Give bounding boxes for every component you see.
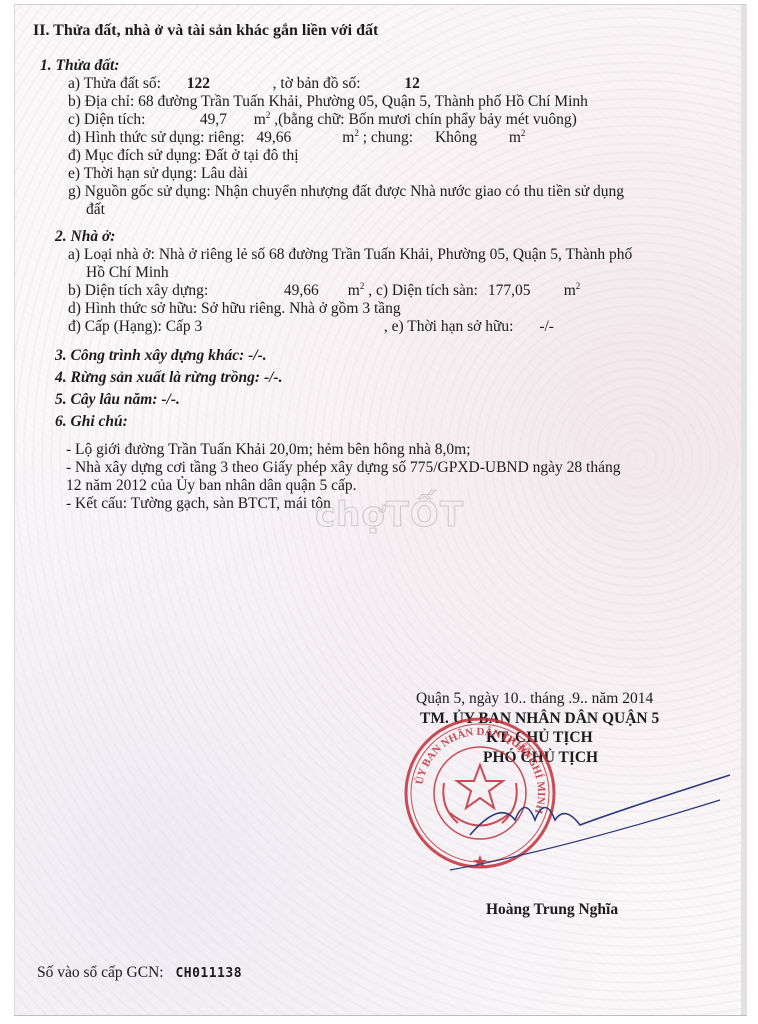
notes-heading: 6. Ghi chú: <box>55 413 128 431</box>
ownership-term-value: -/- <box>539 318 554 335</box>
land-use-form-row: d) Hình thức sử dụng: riêng: 49,66 m2 ; … <box>68 129 525 147</box>
map-sheet-label: , tờ bản đồ số: <box>273 75 361 92</box>
use-form-label: d) Hình thức sử dụng: riêng: <box>68 129 245 146</box>
floor-area-value: 177,05 <box>488 282 546 300</box>
land-area-row: c) Diện tích: 49,7 m2 ,(bằng chữ: Bốn mư… <box>68 111 577 129</box>
use-common-value: Không <box>435 129 505 147</box>
build-area-label: b) Diện tích xây dựng: <box>68 282 280 300</box>
registry-label: Số vào sổ cấp GCN: <box>37 964 164 981</box>
land-origin-line1: g) Nguồn gốc sử dụng: Nhận chuyển nhượng… <box>68 183 624 201</box>
land-parcel-row: a) Thửa đất số: 122 , tờ bản đồ số: 12 <box>68 75 420 93</box>
signer-name: Hoàng Trung Nghĩa <box>486 901 618 919</box>
section-title: II. Thửa đất, nhà ở và tài sản khác gắn … <box>33 22 378 40</box>
ownership-term-label: , e) Thời hạn sở hữu: <box>384 318 514 335</box>
parcel-label: a) Thửa đất số: <box>68 75 161 92</box>
area-label: c) Diện tích: <box>68 111 196 129</box>
house-type-line1: a) Loại nhà ở: Nhà ở riêng lẻ số 68 đườn… <box>68 246 632 264</box>
area-value: 49,7 <box>200 111 250 129</box>
floor-area-label: , c) Diện tích sàn: <box>368 282 478 299</box>
house-grade-row: đ) Cấp (Hạng): Cấp 3 , e) Thời hạn sở hữ… <box>68 318 554 336</box>
note-item: - Kết cấu: Tường gạch, sàn BTCT, mái tôn <box>66 495 331 513</box>
land-heading: 1. Thửa đất: <box>40 57 119 75</box>
registry-row: Số vào sổ cấp GCN: CH011138 <box>37 964 242 983</box>
signature-icon <box>440 765 740 875</box>
floor-area-unit: m2 <box>564 282 581 299</box>
land-origin-line2: đất <box>86 201 105 219</box>
build-area-unit: m2 <box>348 282 365 299</box>
area-words: ,(bằng chữ: Bốn mươi chín phẩy bảy mét v… <box>274 111 577 128</box>
land-use-term: e) Thời hạn sử dụng: Lâu dài <box>68 165 248 183</box>
house-type-line2: Hồ Chí Minh <box>86 264 169 282</box>
chotot-watermark: chợTỐT <box>315 495 464 535</box>
land-use-purpose: đ) Mục đích sử dụng: Đất ở tại đô thị <box>68 147 299 165</box>
house-grade: đ) Cấp (Hạng): Cấp 3 <box>68 318 380 336</box>
build-area-value: 49,66 <box>284 282 344 300</box>
use-private-unit: m2 <box>342 129 359 146</box>
note-item: 12 năm 2012 của Ủy ban nhân dân quận 5 c… <box>66 477 357 495</box>
perennial-trees: 5. Cây lâu năm: -/-. <box>55 391 180 409</box>
house-heading: 2. Nhà ở: <box>55 228 115 246</box>
parcel-number: 122 <box>187 75 269 93</box>
area-unit: m2 <box>254 111 271 128</box>
land-address: b) Địa chỉ: 68 đường Trần Tuấn Khải, Phư… <box>68 93 588 111</box>
other-construction: 3. Công trình xây dựng khác: -/-. <box>55 347 267 365</box>
use-common-unit: m2 <box>509 129 526 146</box>
house-ownership-form: d) Hình thức sở hữu: Sở hữu riêng. Nhà ở… <box>68 300 401 318</box>
note-item: - Lộ giới đường Trần Tuấn Khải 20,0m; hẻ… <box>66 441 471 459</box>
registry-number: CH011138 <box>175 966 242 981</box>
note-item: - Nhà xây dựng cơi tầng 3 theo Giấy phép… <box>66 459 621 477</box>
map-sheet-number: 12 <box>404 75 420 92</box>
use-common-label: ; chung: <box>363 129 413 146</box>
signing-date: Quận 5, ngày 10.. tháng .9.. năm 2014 <box>416 690 653 708</box>
use-private-value: 49,66 <box>256 129 338 147</box>
planted-forest: 4. Rừng sản xuất là rừng trồng: -/-. <box>55 369 282 387</box>
house-area-row: b) Diện tích xây dựng: 49,66 m2 , c) Diệ… <box>68 282 580 300</box>
